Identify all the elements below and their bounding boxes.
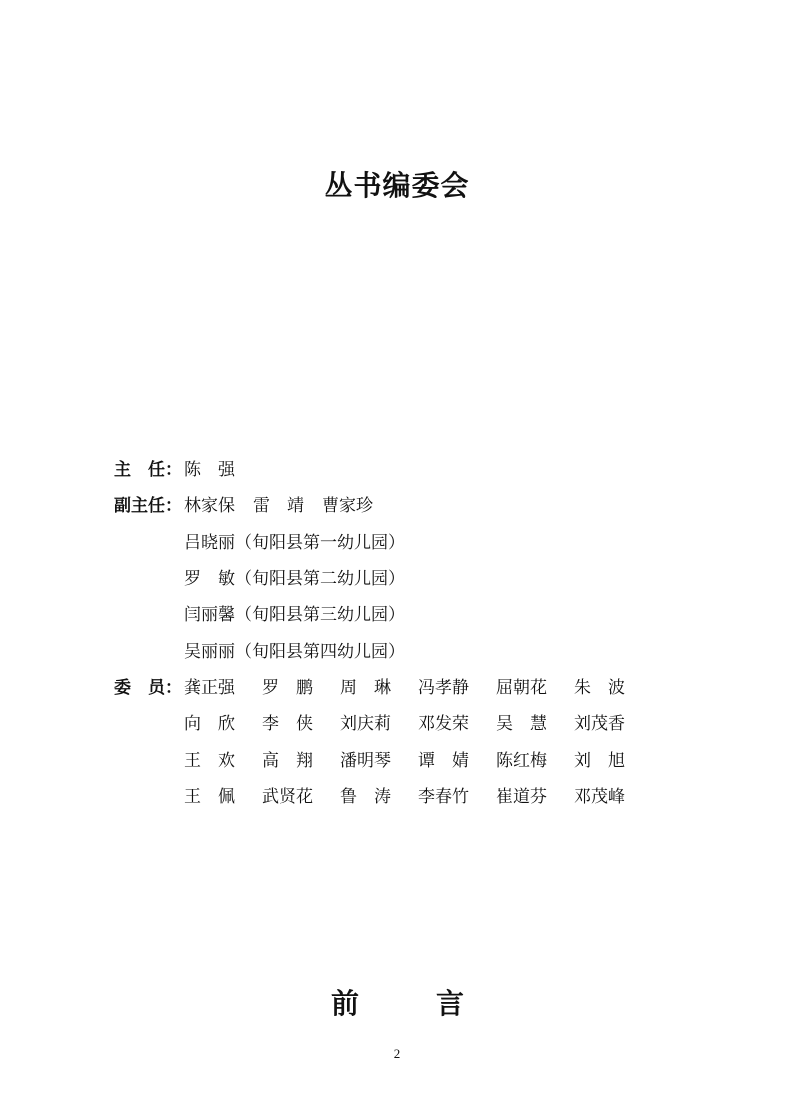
member-name: 冯孝静 [418,670,496,706]
vice-director-name: 曹家珍 [322,488,373,524]
member-name: 周 琳 [340,670,418,706]
director-label: 主 任： [114,452,184,488]
page-title: 丛书编委会 [0,166,794,206]
member-name: 刘庆莉 [340,706,418,742]
vice-director-affiliated-row: 吴丽丽（旬阳县第四幼儿园） [114,633,652,669]
member-name: 崔道芬 [496,779,574,815]
vice-director-affiliated: 罗 敏（旬阳县第二幼儿园） [184,561,405,597]
member-name: 朱 波 [574,670,652,706]
member-name: 龚正强 [184,670,262,706]
vice-director-name: 林家保 [184,488,235,524]
director-name: 陈 强 [184,452,235,488]
vice-director-name: 雷 靖 [253,488,304,524]
director-row: 主 任： 陈 强 [114,452,652,488]
vice-director-affiliated-row: 闫丽馨（旬阳县第三幼儿园） [114,597,652,633]
vice-director-affiliated: 吕晓丽（旬阳县第一幼儿园） [184,525,405,561]
vice-director-affiliated-row: 吕晓丽（旬阳县第一幼儿园） [114,525,652,561]
member-name: 潘明琴 [340,743,418,779]
preface-char: 前 [331,982,436,1026]
vice-director-names: 林家保 雷 靖 曹家珍 [184,488,391,524]
vice-director-row: 副主任： 林家保 雷 靖 曹家珍 [114,488,652,524]
member-name: 屈朝花 [496,670,574,706]
members-row: 委 员： 龚正强 罗 鹏 周 琳 冯孝静 屈朝花 朱 波 [114,670,652,706]
member-names: 向 欣 李 侠 刘庆莉 邓发荣 吴 慧 刘茂香 [184,706,652,742]
member-name: 吴 慧 [496,706,574,742]
vice-director-affiliated-row: 罗 敏（旬阳县第二幼儿园） [114,561,652,597]
member-names: 龚正强 罗 鹏 周 琳 冯孝静 屈朝花 朱 波 [184,670,652,706]
page-number: 2 [0,1046,794,1062]
members-label: 委 员： [114,670,184,706]
member-name: 罗 鹏 [262,670,340,706]
preface-heading: 前 言 [331,982,464,1026]
member-name: 鲁 涛 [340,779,418,815]
member-name: 邓茂峰 [574,779,652,815]
member-name: 武贤花 [262,779,340,815]
members-row: 王 佩 武贤花 鲁 涛 李春竹 崔道芬 邓茂峰 [114,779,652,815]
member-name: 李春竹 [418,779,496,815]
member-name: 王 佩 [184,779,262,815]
member-name: 高 翔 [262,743,340,779]
member-name: 王 欢 [184,743,262,779]
members-row: 王 欢 高 翔 潘明琴 谭 婧 陈红梅 刘 旭 [114,742,652,778]
member-name: 刘 旭 [574,743,652,779]
member-name: 李 侠 [262,706,340,742]
vice-director-affiliated: 吴丽丽（旬阳县第四幼儿园） [184,634,405,670]
member-name: 向 欣 [184,706,262,742]
vice-director-affiliated: 闫丽馨（旬阳县第三幼儿园） [184,597,405,633]
member-names: 王 欢 高 翔 潘明琴 谭 婧 陈红梅 刘 旭 [184,743,652,779]
member-name: 刘茂香 [574,706,652,742]
member-name: 邓发荣 [418,706,496,742]
member-name: 陈红梅 [496,743,574,779]
vice-director-label: 副主任： [114,488,184,524]
editorial-committee-list: 主 任： 陈 强 副主任： 林家保 雷 靖 曹家珍 吕晓丽（旬阳县第一幼儿园） … [114,452,652,815]
member-names: 王 佩 武贤花 鲁 涛 李春竹 崔道芬 邓茂峰 [184,779,652,815]
members-row: 向 欣 李 侠 刘庆莉 邓发荣 吴 慧 刘茂香 [114,706,652,742]
member-name: 谭 婧 [418,743,496,779]
preface-char: 言 [436,982,464,1026]
